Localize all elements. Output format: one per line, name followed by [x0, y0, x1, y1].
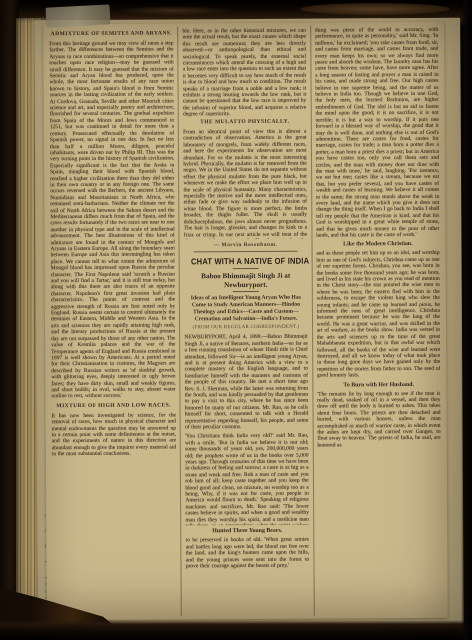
book-spine-highlight-left: [120, 6, 230, 15]
left-column-heading: ADMIXTURE OF SEMITES AND ARYANS.: [49, 30, 173, 38]
dateline-paragraph: NEWBURYPORT, April 4, 1899.—Baboo Bhimma…: [184, 334, 308, 431]
christian-subhead: Like the Modern Christian.: [316, 241, 439, 249]
interview-deck: Ideas of an Intelligent Young Aryan Who …: [186, 295, 305, 323]
interview-headline: CHAT WITH A NATIVE OF INDIA: [191, 256, 300, 267]
body-paragraph: From this heritage ground we may view al…: [49, 40, 176, 400]
headline-rule: [233, 268, 259, 269]
book-right-edge: [461, 0, 472, 640]
bears-subhead: Hunted Three Young Bears.: [186, 528, 309, 536]
article-divider-rule: [194, 251, 297, 253]
body-paragraph: and as these people set him up as an ido…: [316, 250, 440, 379]
newspaper-clipping: ADMIXTURE OF SEMITES AND ARYANS. From th…: [43, 22, 448, 620]
author-signature: — Marvin Rosenbaum.: [184, 242, 307, 249]
body-paragraph: 'The remains lie by long enough to see i…: [317, 390, 441, 448]
burn-subhead: To Burn with Her Husband.: [317, 381, 440, 389]
book-bottom-edge: [0, 620, 472, 640]
left-column-subhead: MIXTURE OF HIGH AND LOW RACES.: [51, 402, 175, 410]
column-left: ADMIXTURE OF SEMITES AND ARYANS. From th…: [45, 26, 181, 617]
body-paragraph: From an identical point of view this is …: [183, 129, 307, 240]
photograph-of-scrapbook: 1901. 4. 7. 3. 5 ADMIXTURE OF SEMITES AN…: [0, 0, 472, 640]
column-middle: ble. Here, as in the other historical mi…: [178, 26, 314, 617]
body-paragraph: 'You Christians think India very old?' s…: [185, 433, 309, 526]
correspondent-kicker: (FROM OUR REGULAR CORRESPONDENT.): [184, 325, 307, 332]
page-corner-fold: [46, 4, 111, 27]
body-paragraph: ble. Here, as in the other historical mi…: [183, 28, 307, 117]
scrapbook-page: 1901. 4. 7. 3. 5 ADMIXTURE OF SEMITES AN…: [34, 18, 464, 627]
interview-subheadline: Baboo Bhimmajit Singh Ji at Newburyport.: [188, 272, 303, 290]
body-paragraph: thing was piece of the world in accuracy…: [315, 27, 440, 239]
body-paragraph: It has now been investigated by science,…: [52, 412, 177, 458]
book-spine-highlight: [300, 3, 450, 15]
mulatto-subhead: THE MULATTO PHYSICALLY.: [183, 119, 306, 127]
clipping-columns: ADMIXTURE OF SEMITES AND ARYANS. From th…: [43, 22, 448, 620]
subheadline-rule: [233, 291, 259, 292]
column-right: thing was piece of the world in accuracy…: [310, 25, 446, 616]
body-paragraph: to be preserved in books of old. 'When g…: [186, 537, 310, 570]
